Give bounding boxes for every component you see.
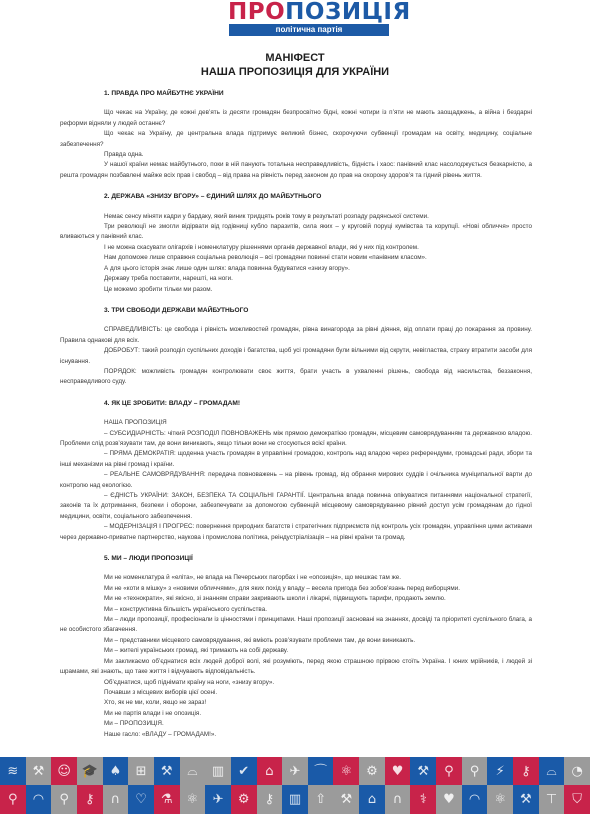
book-icon: ▥: [282, 785, 308, 814]
airplane-icon: ✈: [205, 785, 231, 814]
miner-helmet-icon: ☺: [51, 757, 77, 785]
paragraph: У нашої країни немає майбутнього, поки в…: [60, 160, 532, 181]
police-cap-icon: ⌓: [180, 757, 206, 785]
paragraph: Це можемо зробити тільки ми разом.: [60, 285, 532, 295]
paragraph: Ми закликаємо об’єднатися всіх людей доб…: [60, 657, 532, 678]
trowel-icon: ⚲: [462, 757, 488, 785]
house-icon: ⌂: [359, 785, 385, 814]
excavator-icon: ⚙: [359, 757, 385, 785]
trolleybus-icon: ⊞: [128, 757, 154, 785]
wifi-icon: ◠: [26, 785, 52, 814]
police-cap-icon: ⌓: [539, 757, 565, 785]
section-1: 1. ПРАВДА ПРО МАЙБУТНЄ УКРАЇНИ Що чекає …: [60, 89, 532, 181]
screw-icon: ⚲: [51, 785, 77, 814]
paragraph: Три революції не змогли відірвати від го…: [60, 222, 532, 243]
paragraph: Правда одна.: [60, 150, 532, 160]
paragraph: Що чекає на Україну, де кожні дев’ять із…: [60, 108, 532, 129]
key-icon: ⚷: [513, 757, 539, 785]
section-heading: 1. ПРАВДА ПРО МАЙБУТНЄ УКРАЇНИ: [60, 89, 532, 99]
atom-icon: ⚛: [487, 785, 513, 814]
paragraph: Державу треба поставити, нарешті, на ног…: [60, 274, 532, 284]
paragraph: – ПРЯМА ДЕМОКРАТІЯ: щоденна участь грома…: [60, 449, 532, 470]
section-heading: 5. МИ – ЛЮДИ ПРОПОЗИЦІЇ: [60, 554, 532, 564]
paragraph: Що чекає на Україну, де центральна влада…: [60, 129, 532, 150]
paragraph: – СУБСИДІАРНІСТЬ: чіткий РОЗПОДІЛ ПОВНОВ…: [60, 429, 532, 450]
graduation-cap-icon: 🎓: [77, 757, 103, 785]
section-4: 4. ЯК ЦЕ ЗРОБИТИ: ВЛАДУ – ГРОМАДАМ! НАША…: [60, 399, 532, 543]
document-subtitle: НАША ПРОПОЗИЦІЯ ДЛЯ УКРАЇНИ: [0, 66, 590, 78]
logo-word-part2: ПОЗИЦІЯ: [285, 0, 411, 25]
logo-subtitle: політична партія: [229, 24, 389, 36]
icon-band: ≋⚒☺🎓♠⊞⚒⌓▥✔⌂✈⌒⚛⚙♥⚒⚲⚲⚡⚷⌓◔⚲◠⚲⚷∩♡⚗⚛✈⚙⚷▥⇧⚒⌂∩⚕…: [0, 757, 590, 814]
document-title: МАНІФЕСТ: [0, 52, 590, 64]
paragraph: Нам допоможе лише справжня соціальна рев…: [60, 253, 532, 263]
section-heading: 3. ТРИ СВОБОДИ ДЕРЖАВИ МАЙБУТНЬОГО: [60, 306, 532, 316]
screw-icon: ⚲: [436, 757, 462, 785]
paragraph: СПРАВЕДЛИВІСТЬ: це свобода і рівність мо…: [60, 325, 532, 346]
book-icon: ▥: [205, 757, 231, 785]
paint-roller-icon: ⊤: [539, 785, 565, 814]
key-icon: ⚷: [257, 785, 283, 814]
paragraph: Ми не «коти в мішку» з «новими обличчями…: [60, 584, 532, 594]
paragraph: ДОБРОБУТ: такий розподіл суспільних дохо…: [60, 346, 532, 367]
rocket-icon: ⇧: [308, 785, 334, 814]
manifesto-body: 1. ПРАВДА ПРО МАЙБУТНЄ УКРАЇНИ Що чекає …: [60, 89, 532, 751]
section-subheading: НАША ПРОПОЗИЦІЯ: [60, 418, 532, 428]
paragraph: Ми не «технократи», які якісно, зі знанн…: [60, 594, 532, 604]
paragraph: Ми – люди пропозиції, професіонали із ці…: [60, 615, 532, 636]
paragraph: Ми не партія влади і не опозиція.: [60, 709, 532, 719]
paragraph: Ми – представники місцевого самоврядуван…: [60, 636, 532, 646]
paragraph: ПОРЯДОК: можливість громадян контролюват…: [60, 367, 532, 388]
paragraph: Наше гасло: «ВЛАДУ – ГРОМАДАМ!».: [60, 730, 532, 740]
paragraph: І не можна скасувати олігархів і номенкл…: [60, 243, 532, 253]
section-heading: 2. ДЕРЖАВА «ЗНИЗУ ВГОРУ» – ЄДИНИЙ ШЛЯХ Д…: [60, 192, 532, 202]
atom-icon: ⚛: [333, 757, 359, 785]
section-3: 3. ТРИ СВОБОДИ ДЕРЖАВИ МАЙБУТНЬОГО СПРАВ…: [60, 306, 532, 388]
paragraph: Ми – жителі українських громад, які трим…: [60, 646, 532, 656]
paragraph: – РЕАЛЬНЕ САМОВРЯДУВАННЯ: передача повно…: [60, 470, 532, 491]
tree-icon: ♠: [103, 757, 129, 785]
handshake-heart-icon: ♥: [436, 785, 462, 814]
paragraph: Об’єднатися, щоб піднімати країну на ног…: [60, 678, 532, 688]
satellite-dish-icon: ◔: [564, 757, 590, 785]
section-5: 5. МИ – ЛЮДИ ПРОПОЗИЦІЇ Ми не номенклату…: [60, 554, 532, 740]
paragraph: – МОДЕРНІЗАЦІЯ І ПРОГРЕС: повернення при…: [60, 522, 532, 543]
wrench-icon: ⚒: [513, 785, 539, 814]
paragraph: Хто, як не ми, коли, якщо не зараз!: [60, 698, 532, 708]
logo-word-part1: ПРО: [228, 0, 285, 25]
microscope-icon: ⚗: [154, 785, 180, 814]
factory-icon: ⌂: [257, 757, 283, 785]
hard-hat-icon: ⌒: [308, 757, 334, 785]
wifi-icon: ◠: [462, 785, 488, 814]
paragraph: – ЄДНІСТЬ УКРАЇНИ: ЗАКОН, БЕЗПЕКА ТА СОЦ…: [60, 491, 532, 522]
power-tower-icon: ⚡: [487, 757, 513, 785]
compass-square-icon: ⚒: [333, 785, 359, 814]
atom-icon: ⚛: [180, 785, 206, 814]
shield-heart-icon: ♡: [128, 785, 154, 814]
paragraph: Ми не номенклатура й «еліта», не влада н…: [60, 573, 532, 583]
paragraph: А для цього історія знає лише один шлях:…: [60, 264, 532, 274]
shield-icon: ⛉: [564, 785, 590, 814]
paragraph: Немає сенсу міняти кадри у бардаку, який…: [60, 212, 532, 222]
dove-icon: ✈: [282, 757, 308, 785]
arch-bridge-icon: ∩: [385, 785, 411, 814]
gear-icon: ⚙: [231, 785, 257, 814]
key-icon: ⚷: [77, 785, 103, 814]
compass-square-icon: ⚒: [154, 757, 180, 785]
checkmark-icon: ✔: [231, 757, 257, 785]
arch-bridge-icon: ∩: [103, 785, 129, 814]
compass-square-icon: ⚒: [410, 757, 436, 785]
logo-wordmark: ПРОПОЗИЦІЯ: [228, 0, 390, 24]
compass-square-icon: ⚒: [26, 757, 52, 785]
paragraph: Ми – конструктивна більшість українськог…: [60, 605, 532, 615]
section-heading: 4. ЯК ЦЕ ЗРОБИТИ: ВЛАДУ – ГРОМАДАМ!: [60, 399, 532, 409]
paragraph: Почавши з місцевих виборів цієї осені.: [60, 688, 532, 698]
paragraph: Ми – ПРОПОЗИЦІЯ.: [60, 719, 532, 729]
section-2: 2. ДЕРЖАВА «ЗНИЗУ ВГОРУ» – ЄДИНИЙ ШЛЯХ Д…: [60, 192, 532, 295]
waves-icon: ≋: [0, 757, 26, 785]
handshake-heart-icon: ♥: [385, 757, 411, 785]
water-tap-icon: ⚲: [0, 785, 26, 814]
medicine-bowl-icon: ⚕: [410, 785, 436, 814]
